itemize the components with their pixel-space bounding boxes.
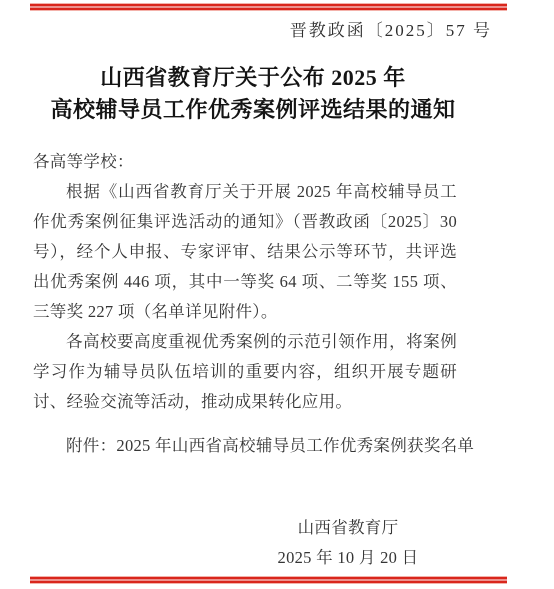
signature-date: 2025 年 10 月 20 日 xyxy=(228,543,468,573)
document-page: 晋教政函〔2025〕57 号 山西省教育厅关于公布 2025 年 高校辅导员工作… xyxy=(0,0,554,589)
bottom-double-red-rule xyxy=(30,576,507,584)
document-title-line2: 高校辅导员工作优秀案例评选结果的通知 xyxy=(33,94,473,126)
attachment-line: 附件：2025 年山西省高校辅导员工作优秀案例获奖名单 xyxy=(33,431,457,461)
paragraph-1: 根据《山西省教育厅关于开展 2025 年高校辅导员工作优秀案例征集评选活动的通知… xyxy=(33,177,457,327)
document-number: 晋教政函〔2025〕57 号 xyxy=(290,18,492,44)
document-title-line1: 山西省教育厅关于公布 2025 年 xyxy=(33,62,473,94)
paragraph-2: 各高校要高度重视优秀案例的示范引领作用，将案例学习作为辅导员队伍培训的重要内容，… xyxy=(33,327,457,417)
signature-block: 山西省教育厅 2025 年 10 月 20 日 xyxy=(228,513,468,573)
salutation: 各高等学校： xyxy=(33,147,457,177)
top-double-red-rule xyxy=(30,3,507,11)
signature-organization: 山西省教育厅 xyxy=(228,513,468,543)
document-body: 各高等学校： 根据《山西省教育厅关于开展 2025 年高校辅导员工作优秀案例征集… xyxy=(33,147,457,573)
document-title: 山西省教育厅关于公布 2025 年 高校辅导员工作优秀案例评选结果的通知 xyxy=(33,62,473,126)
